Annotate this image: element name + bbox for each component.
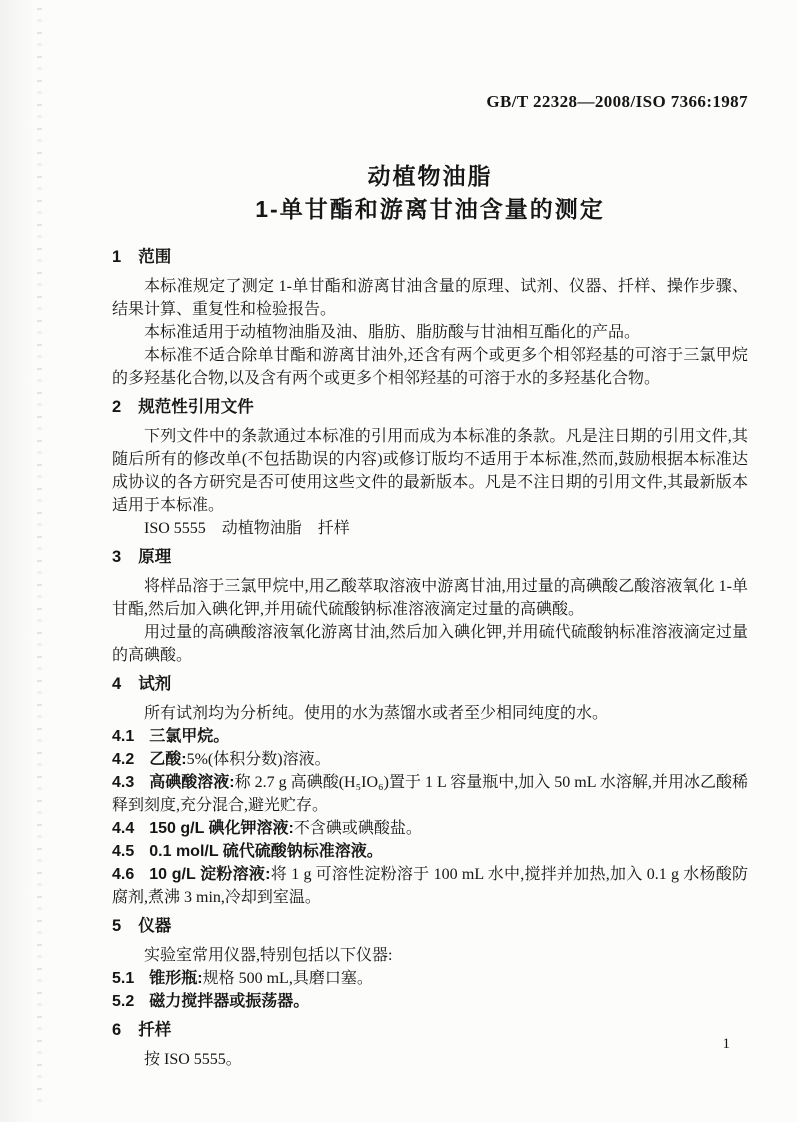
clause-label: 10 g/L 淀粉溶液:	[149, 866, 270, 883]
section-title: 试剂	[138, 675, 171, 693]
section-heading: 4试剂	[112, 673, 748, 696]
paragraph: 按 ISO 5555。	[112, 1048, 748, 1071]
paragraph: 下列文件中的条款通过本标准的引用而成为本标准的条款。凡是注日期的引用文件,其随后…	[112, 425, 748, 517]
clause-number: 4.5	[112, 843, 134, 860]
section-number: 4	[112, 675, 121, 693]
clause: 4.4150 g/L 碘化钾溶液:不含碘或碘酸盐。	[112, 817, 748, 840]
clause: 4.50.1 mol/L 硫代硫酸钠标准溶液。	[112, 840, 748, 863]
clause-text: 5%(体积分数)溶液。	[187, 751, 331, 768]
clause-label: 锥形瓶:	[149, 970, 202, 987]
clause: 4.1三氯甲烷。	[112, 725, 748, 748]
section-number: 1	[112, 248, 121, 266]
section-number: 3	[112, 548, 121, 566]
clause-label: 0.1 mol/L 硫代硫酸钠标准溶液。	[149, 843, 383, 860]
clause-label: 150 g/L 碘化钾溶液:	[149, 820, 294, 837]
clause-number: 5.2	[112, 993, 134, 1010]
section-number: 6	[112, 1021, 121, 1039]
page-content: GB/T 22328—2008/ISO 7366:1987 动植物油脂 1-单甘…	[112, 0, 748, 1071]
clause-number: 4.2	[112, 751, 134, 768]
paragraph: 本标准不适合除单甘酯和游离甘油外,还含有两个或更多个相邻羟基的可溶于三氯甲烷的多…	[112, 344, 748, 390]
section-title: 范围	[138, 248, 171, 266]
clause: 5.1锥形瓶:规格 500 mL,具磨口塞。	[112, 967, 748, 990]
section-heading: 6扦样	[112, 1019, 748, 1042]
clause: 4.2乙酸:5%(体积分数)溶液。	[112, 748, 748, 771]
title-line-2: 1-单甘酯和游离甘油含量的测定	[112, 193, 748, 226]
section-title: 扦样	[138, 1021, 171, 1039]
scan-edge-shade	[0, 0, 34, 1122]
paragraph: 实验室常用仪器,特别包括以下仪器:	[112, 944, 748, 967]
section-apparatus: 5仪器 实验室常用仪器,特别包括以下仪器: 5.1锥形瓶:规格 500 mL,具…	[112, 915, 748, 1013]
paragraph: 本标准适用于动植物油脂及油、脂肪、脂肪酸与甘油相互酯化的产品。	[112, 321, 748, 344]
reference-entry: ISO 5555 动植物油脂 扦样	[112, 517, 748, 540]
title-line-1: 动植物油脂	[112, 160, 748, 193]
page-number: 1	[723, 1036, 731, 1052]
clause-number: 4.4	[112, 820, 134, 837]
clause-label: 高碘酸溶液:	[149, 774, 234, 791]
clause-number: 5.1	[112, 970, 134, 987]
section-title: 规范性引用文件	[138, 398, 254, 416]
section-principle: 3原理 将样品溶于三氯甲烷中,用乙酸萃取溶液中游离甘油,用过量的高碘酸乙酸溶液氧…	[112, 546, 748, 667]
paragraph: 用过量的高碘酸溶液氧化游离甘油,然后加入碘化钾,并用硫代硫酸钠标准溶液滴定过量的…	[112, 621, 748, 667]
section-sampling: 6扦样 按 ISO 5555。	[112, 1019, 748, 1071]
document-title: 动植物油脂 1-单甘酯和游离甘油含量的测定	[112, 160, 748, 226]
section-reagents: 4试剂 所有试剂均为分析纯。使用的水为蒸馏水或者至少相同纯度的水。 4.1三氯甲…	[112, 673, 748, 909]
paragraph: 将样品溶于三氯甲烷中,用乙酸萃取溶液中游离甘油,用过量的高碘酸乙酸溶液氧化 1-…	[112, 575, 748, 621]
clause: 4.610 g/L 淀粉溶液:将 1 g 可溶性淀粉溶于 100 mL 水中,搅…	[112, 863, 748, 909]
clause-text: 规格 500 mL,具磨口塞。	[203, 970, 373, 987]
clause-label: 磁力搅拌器或振荡器。	[149, 993, 309, 1010]
clause: 5.2磁力搅拌器或振荡器。	[112, 990, 748, 1013]
clause-label: 三氯甲烷。	[149, 728, 229, 745]
paragraph: 所有试剂均为分析纯。使用的水为蒸馏水或者至少相同纯度的水。	[112, 702, 748, 725]
section-normative-references: 2规范性引用文件 下列文件中的条款通过本标准的引用而成为本标准的条款。凡是注日期…	[112, 396, 748, 540]
clause-label: 乙酸:	[149, 751, 186, 768]
paragraph: 本标准规定了测定 1-单甘酯和游离甘油含量的原理、试剂、仪器、扦样、操作步骤、结…	[112, 275, 748, 321]
standard-number: GB/T 22328—2008/ISO 7366:1987	[112, 92, 748, 112]
clause-number: 4.1	[112, 728, 134, 745]
clause-number: 4.3	[112, 774, 134, 791]
section-number: 5	[112, 917, 121, 935]
section-heading: 2规范性引用文件	[112, 396, 748, 419]
section-number: 2	[112, 398, 121, 416]
scan-noise-strip	[37, 8, 42, 1112]
section-heading: 1范围	[112, 246, 748, 269]
clause-number: 4.6	[112, 866, 134, 883]
document-page: GB/T 22328—2008/ISO 7366:1987 动植物油脂 1-单甘…	[0, 0, 798, 1122]
section-title: 仪器	[138, 917, 171, 935]
section-scope: 1范围 本标准规定了测定 1-单甘酯和游离甘油含量的原理、试剂、仪器、扦样、操作…	[112, 246, 748, 390]
section-heading: 3原理	[112, 546, 748, 569]
clause: 4.3高碘酸溶液:称 2.7 g 高碘酸(H₅IO₆)置于 1 L 容量瓶中,加…	[112, 771, 748, 817]
clause-text: 不含碘或碘酸盐。	[294, 820, 422, 837]
section-title: 原理	[138, 548, 171, 566]
section-heading: 5仪器	[112, 915, 748, 938]
